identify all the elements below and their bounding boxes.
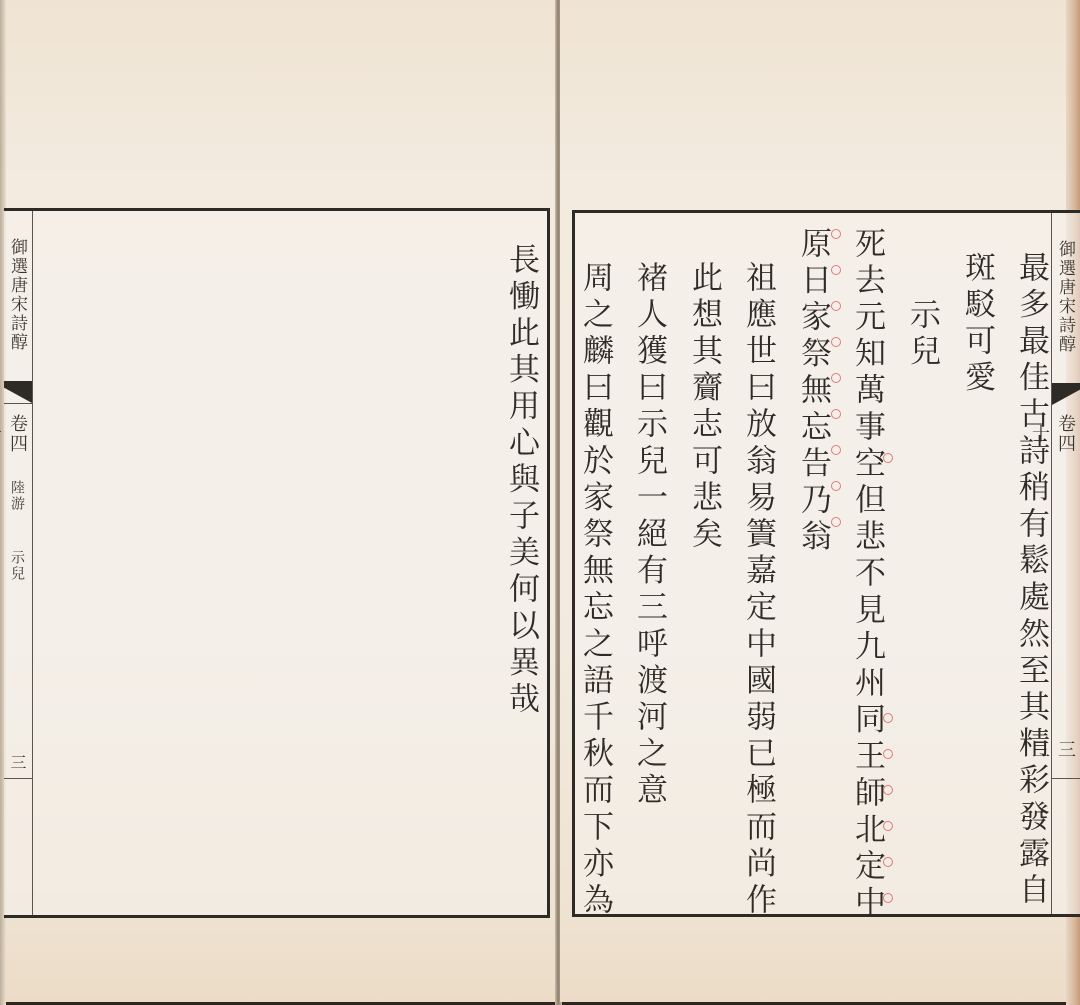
banxin-folio-number: 三三: [1052, 733, 1078, 767]
poem-title: 示兒: [902, 298, 942, 371]
text-column-commentary: 褚人獲曰示兒一絕有三呼渡河之意: [629, 261, 669, 810]
text-column-commentary: 斑駁可愛: [957, 251, 997, 397]
fishtail-mark-icon: [4, 381, 32, 403]
circle-mark-icon: [883, 821, 893, 831]
banxin-poem-title: 示兒: [4, 541, 30, 591]
circle-mark-icon: [883, 713, 893, 723]
circle-mark-icon: [831, 301, 841, 311]
poem-line: 死去元知萬事空但悲不見九州同王師北定中: [847, 227, 887, 922]
divider: [4, 403, 32, 404]
circle-mark-icon: [831, 229, 841, 239]
text-column-commentary: 祖應世曰放翁易簀嘉定中國弱已極而尚作: [738, 261, 778, 920]
circle-mark-icon: [831, 445, 841, 455]
circle-mark-icon: [831, 481, 841, 491]
fishtail-mark-icon: [1052, 383, 1080, 405]
banxin-volume: 卷四十: [1052, 409, 1078, 459]
banxin-book-title: 御選唐宋詩醇: [4, 217, 30, 372]
circle-mark-icon: [831, 409, 841, 419]
divider: [4, 778, 32, 779]
text-column: 長慟此其用心與子美何以異哉: [501, 243, 541, 719]
banxin-author: 陸游: [4, 471, 30, 521]
circle-mark-icon: [883, 893, 893, 903]
left-banxin: 御選唐宋詩醇 卷四十 陸游 示兒 三三: [4, 211, 33, 915]
circle-mark-icon: [831, 373, 841, 383]
text-column-commentary: 周之麟曰觀於家祭無忘之語千秋而下亦為: [575, 261, 615, 920]
circle-mark-icon: [883, 453, 893, 463]
circle-mark-icon: [883, 749, 893, 759]
right-banxin: 御選唐宋詩醇 卷四十 三三: [1051, 213, 1080, 914]
circle-mark-icon: [831, 517, 841, 527]
left-page: 御選唐宋詩醇 卷四十 陸游 示兒 三三 長慟此其用心與子美何以異哉: [0, 0, 557, 1002]
poem-line: 原日家祭無忘告乃翁: [793, 227, 833, 556]
left-page-frame: 御選唐宋詩醇 卷四十 陸游 示兒 三三 長慟此其用心與子美何以異哉: [4, 208, 550, 918]
circle-mark-icon: [831, 265, 841, 275]
divider: [1052, 778, 1080, 779]
circle-mark-icon: [883, 785, 893, 795]
circle-mark-icon: [831, 337, 841, 347]
banxin-book-title: 御選唐宋詩醇: [1052, 219, 1078, 374]
circle-mark-icon: [883, 857, 893, 867]
banxin-volume: 卷四十: [4, 409, 30, 459]
text-column-commentary: 此想其齎志可悲矣: [684, 261, 724, 554]
text-column-commentary: 最多最佳古詩稍有鬆處然至其精彩發露自: [1011, 251, 1051, 910]
right-page-frame: 御選唐宋詩醇 卷四十 三三 最多最佳古詩稍有鬆處然至其精彩發露自 斑駁可愛 示兒…: [572, 210, 1080, 917]
banxin-folio-number: 三三: [4, 746, 30, 780]
